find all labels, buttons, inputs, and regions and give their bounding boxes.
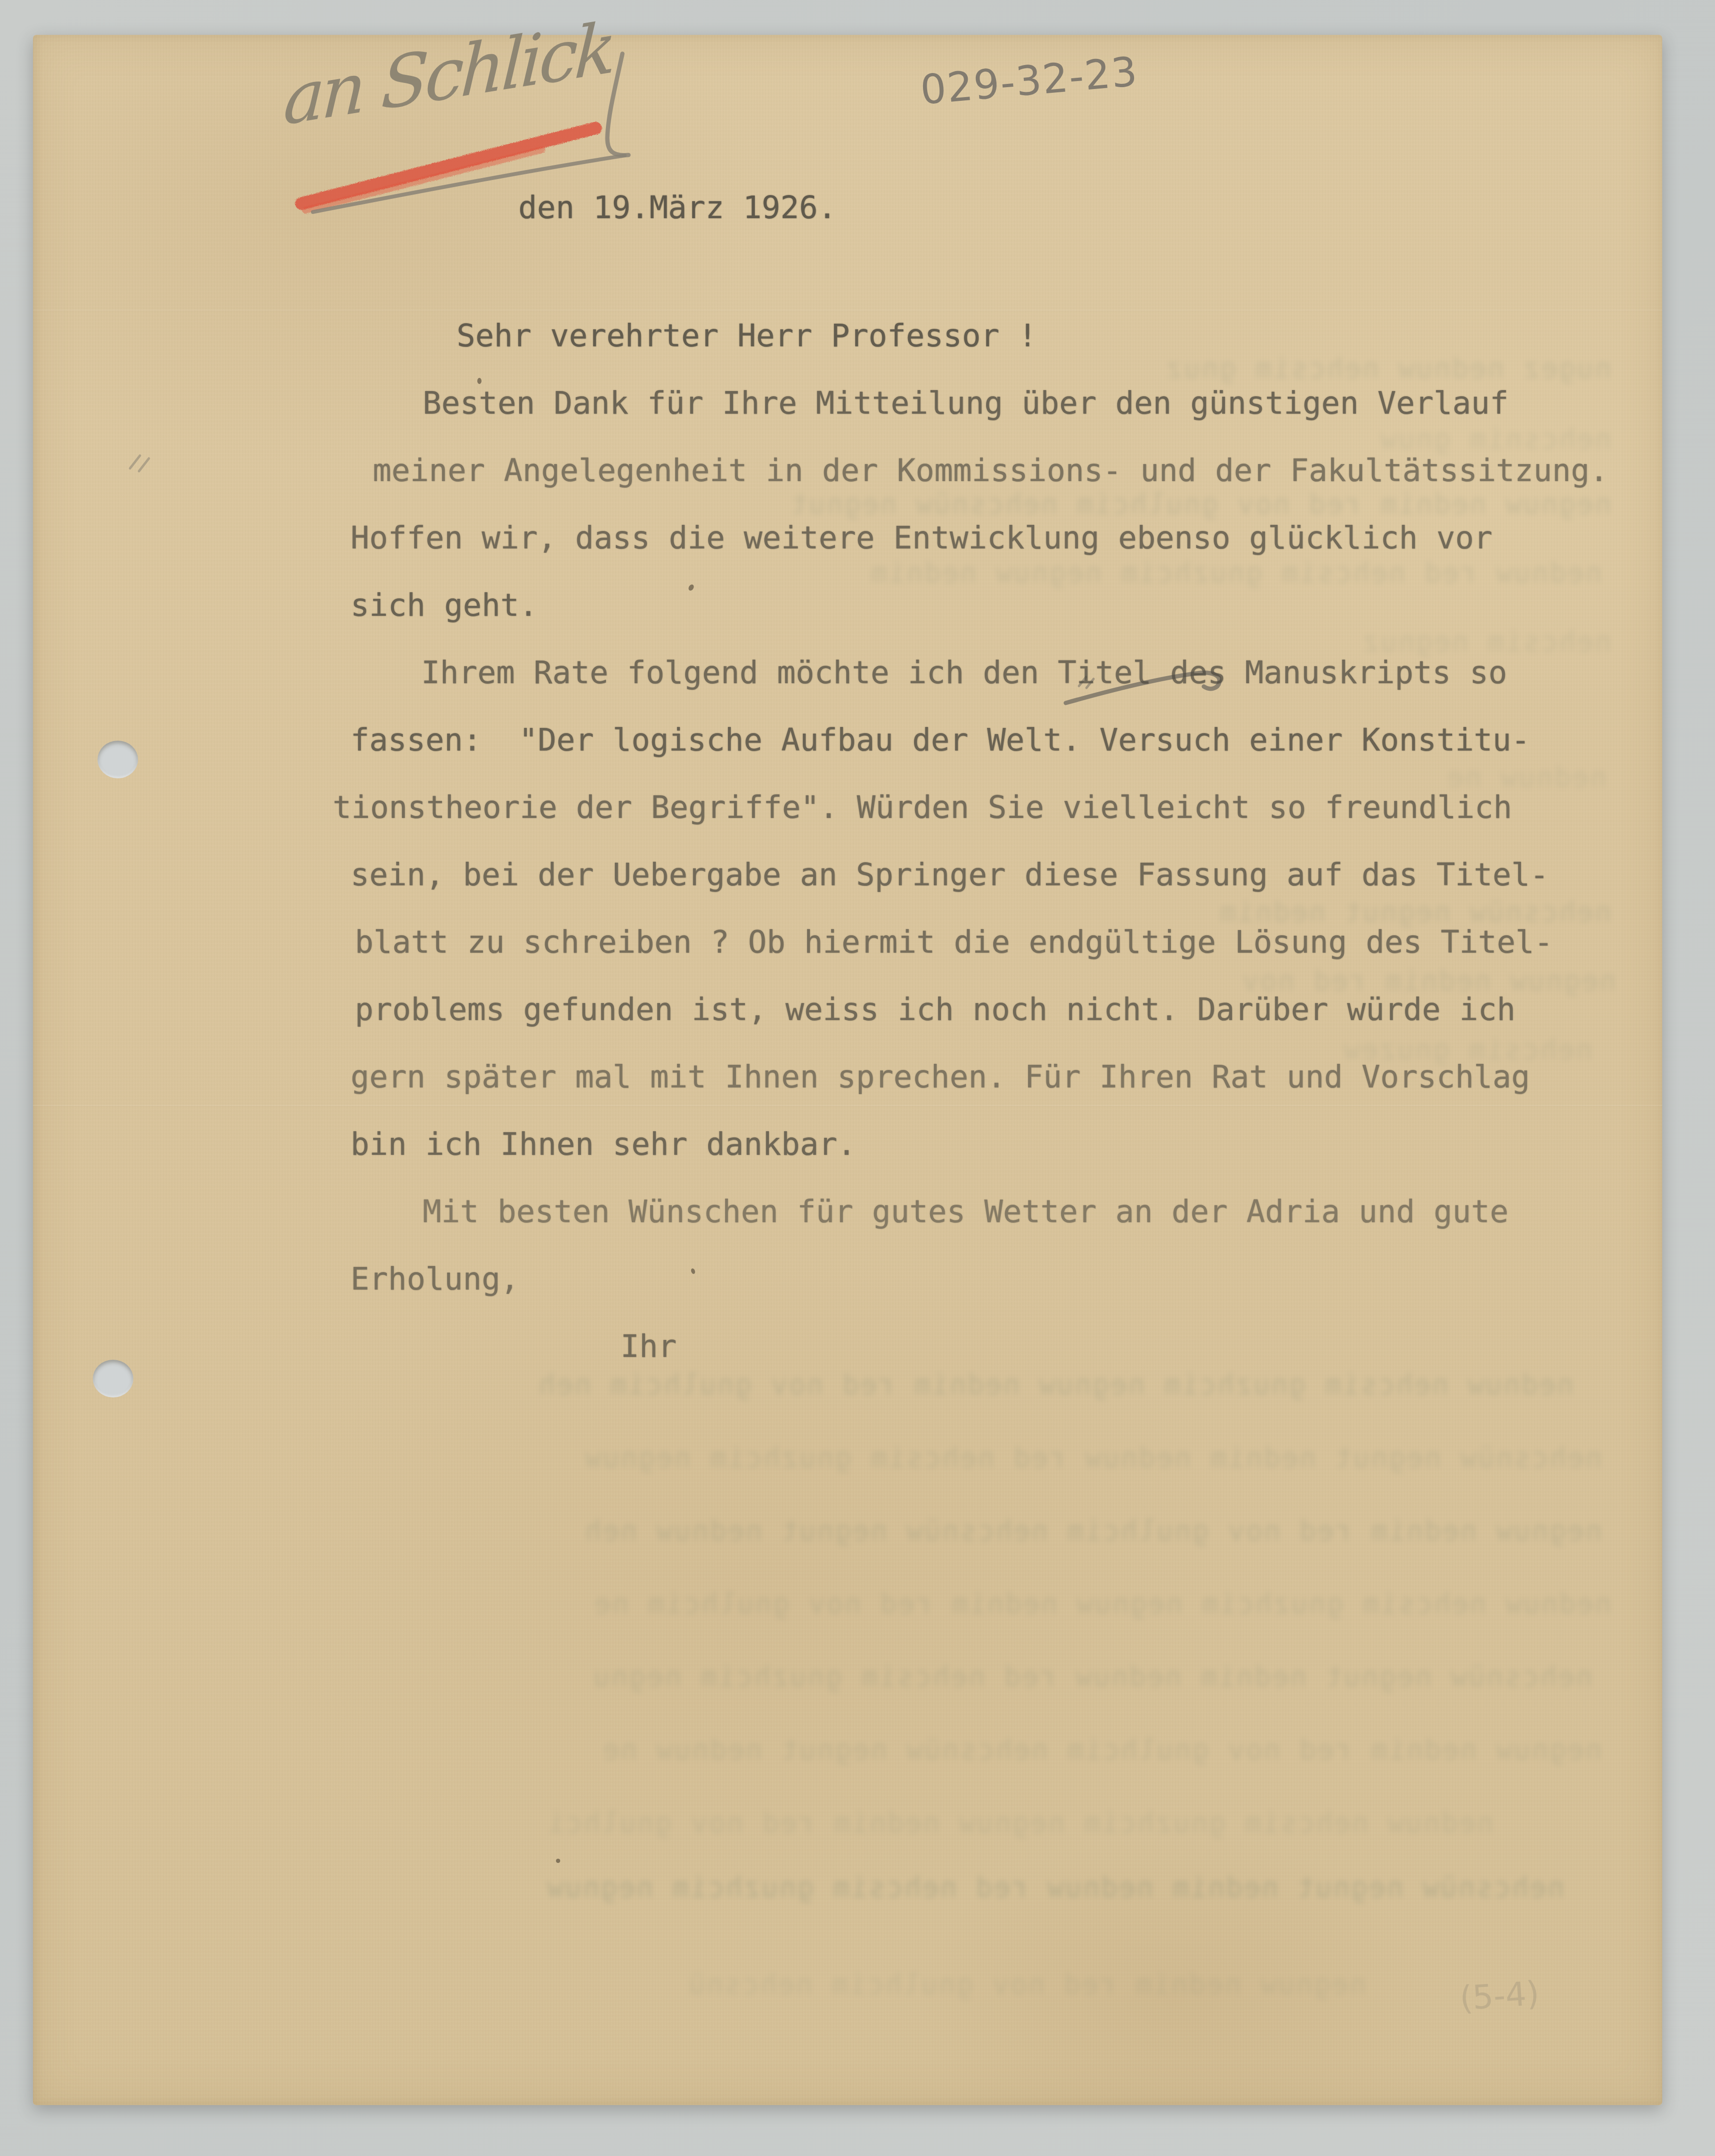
typed-line: blatt zu schreiben ? Ob hiermit die endg… (355, 927, 1553, 958)
bleedthrough-line: negnuw nednim red nov (1159, 965, 1616, 997)
page-number-mark: (5-4) (1458, 1974, 1540, 2018)
bleedthrough-line: nednuw red nehcsim gnuzhcim negnuw nedni… (716, 557, 1602, 589)
bleedthrough-line: nehcsnüw negnut nednim (1159, 896, 1611, 928)
bleedthrough-line: nednuw nehcsim gnuzhcim negnuw nednim re… (330, 1588, 1611, 1620)
bleedthrough-line: negnuw nednim red nov gnulhcim nehcsnüw … (330, 1734, 1602, 1766)
date-line: den 19.März 1926. (518, 192, 837, 223)
crease-line (33, 310, 1662, 311)
typed-line: Mit besten Wünschen für gutes Wetter an … (423, 1196, 1509, 1227)
bleedthrough-line: negnuw nednim red nov gnulhcim nehcsnü (424, 1968, 1366, 2001)
typed-line: tionstheorie der Begriffe". Würden Sie v… (333, 792, 1512, 823)
bleedthrough-line: nednuw nehcsim gnuzhcim negnuw nednim re… (349, 1369, 1574, 1401)
typed-line: Ihrem Rate folgend möchte ich den Titel … (421, 657, 1507, 688)
punch-hole-top (98, 741, 138, 778)
closing-line: Erholung, (351, 1264, 519, 1295)
bleedthrough-line: nehcsnüw negnut nednim nednuw red nehcsi… (330, 1871, 1564, 1903)
bleedthrough-line: nednuw nehcsim gnuzhcim negnuw nednim re… (339, 1807, 1494, 1839)
bleedthrough-line: nednuw ne (1343, 761, 1607, 793)
bleedthrough-line: nehcsnüw negnut nednim nednuw red nehcsi… (344, 1661, 1592, 1693)
scanner-background: an Schlick 029-32-23 (5-4) den 19.März 1… (0, 0, 1715, 2156)
bleedthrough-line: nehcsim negnuz (1234, 626, 1611, 658)
bleedthrough-line: nehcsnim gnuw (1272, 423, 1611, 455)
salutation-line: Sehr verehrter Herr Professor ! (457, 320, 1037, 351)
paper-speck (477, 378, 482, 384)
bleedthrough-line: nehcsnüw negnut nednim nednuw red nehcsi… (330, 1442, 1602, 1474)
signature-line: Ihr (621, 1331, 677, 1362)
typed-line: fassen: "Der logische Aufbau der Welt. V… (351, 725, 1530, 756)
typed-line: sein, bei der Uebergabe an Springer dies… (351, 859, 1549, 890)
bleedthrough-line: negnuw nednim red nov gnulhcim nehcsnüw … (339, 1515, 1602, 1547)
typed-line: Besten Dank für Ihre Mitteilung über den… (423, 388, 1509, 419)
typed-line: gern später mal mit Ihnen sprechen. Für … (351, 1062, 1530, 1093)
paper-speck (556, 1859, 560, 1863)
bleedthrough-line: negnuw nednim red nov gnulhcim nehcsnüw … (641, 488, 1611, 520)
punch-hole-bottom (93, 1360, 133, 1397)
crease-line (33, 1105, 1662, 1107)
bleedthrough-line: nehcsim gnuzew (1234, 1034, 1592, 1066)
typed-line: problems gefunden ist, weiss ich noch ni… (355, 994, 1516, 1025)
typed-line: Hoffen wir, dass die weitere Entwicklung… (351, 523, 1493, 554)
typed-line: bin ich Ihnen sehr dankbar. (351, 1129, 856, 1160)
typed-line: meiner Angelegenheit in der Kommissions-… (373, 455, 1609, 486)
typed-line: sich geht. (351, 590, 538, 621)
bleedthrough-line: nugez nednuw nehcsim gnuz (980, 352, 1611, 384)
